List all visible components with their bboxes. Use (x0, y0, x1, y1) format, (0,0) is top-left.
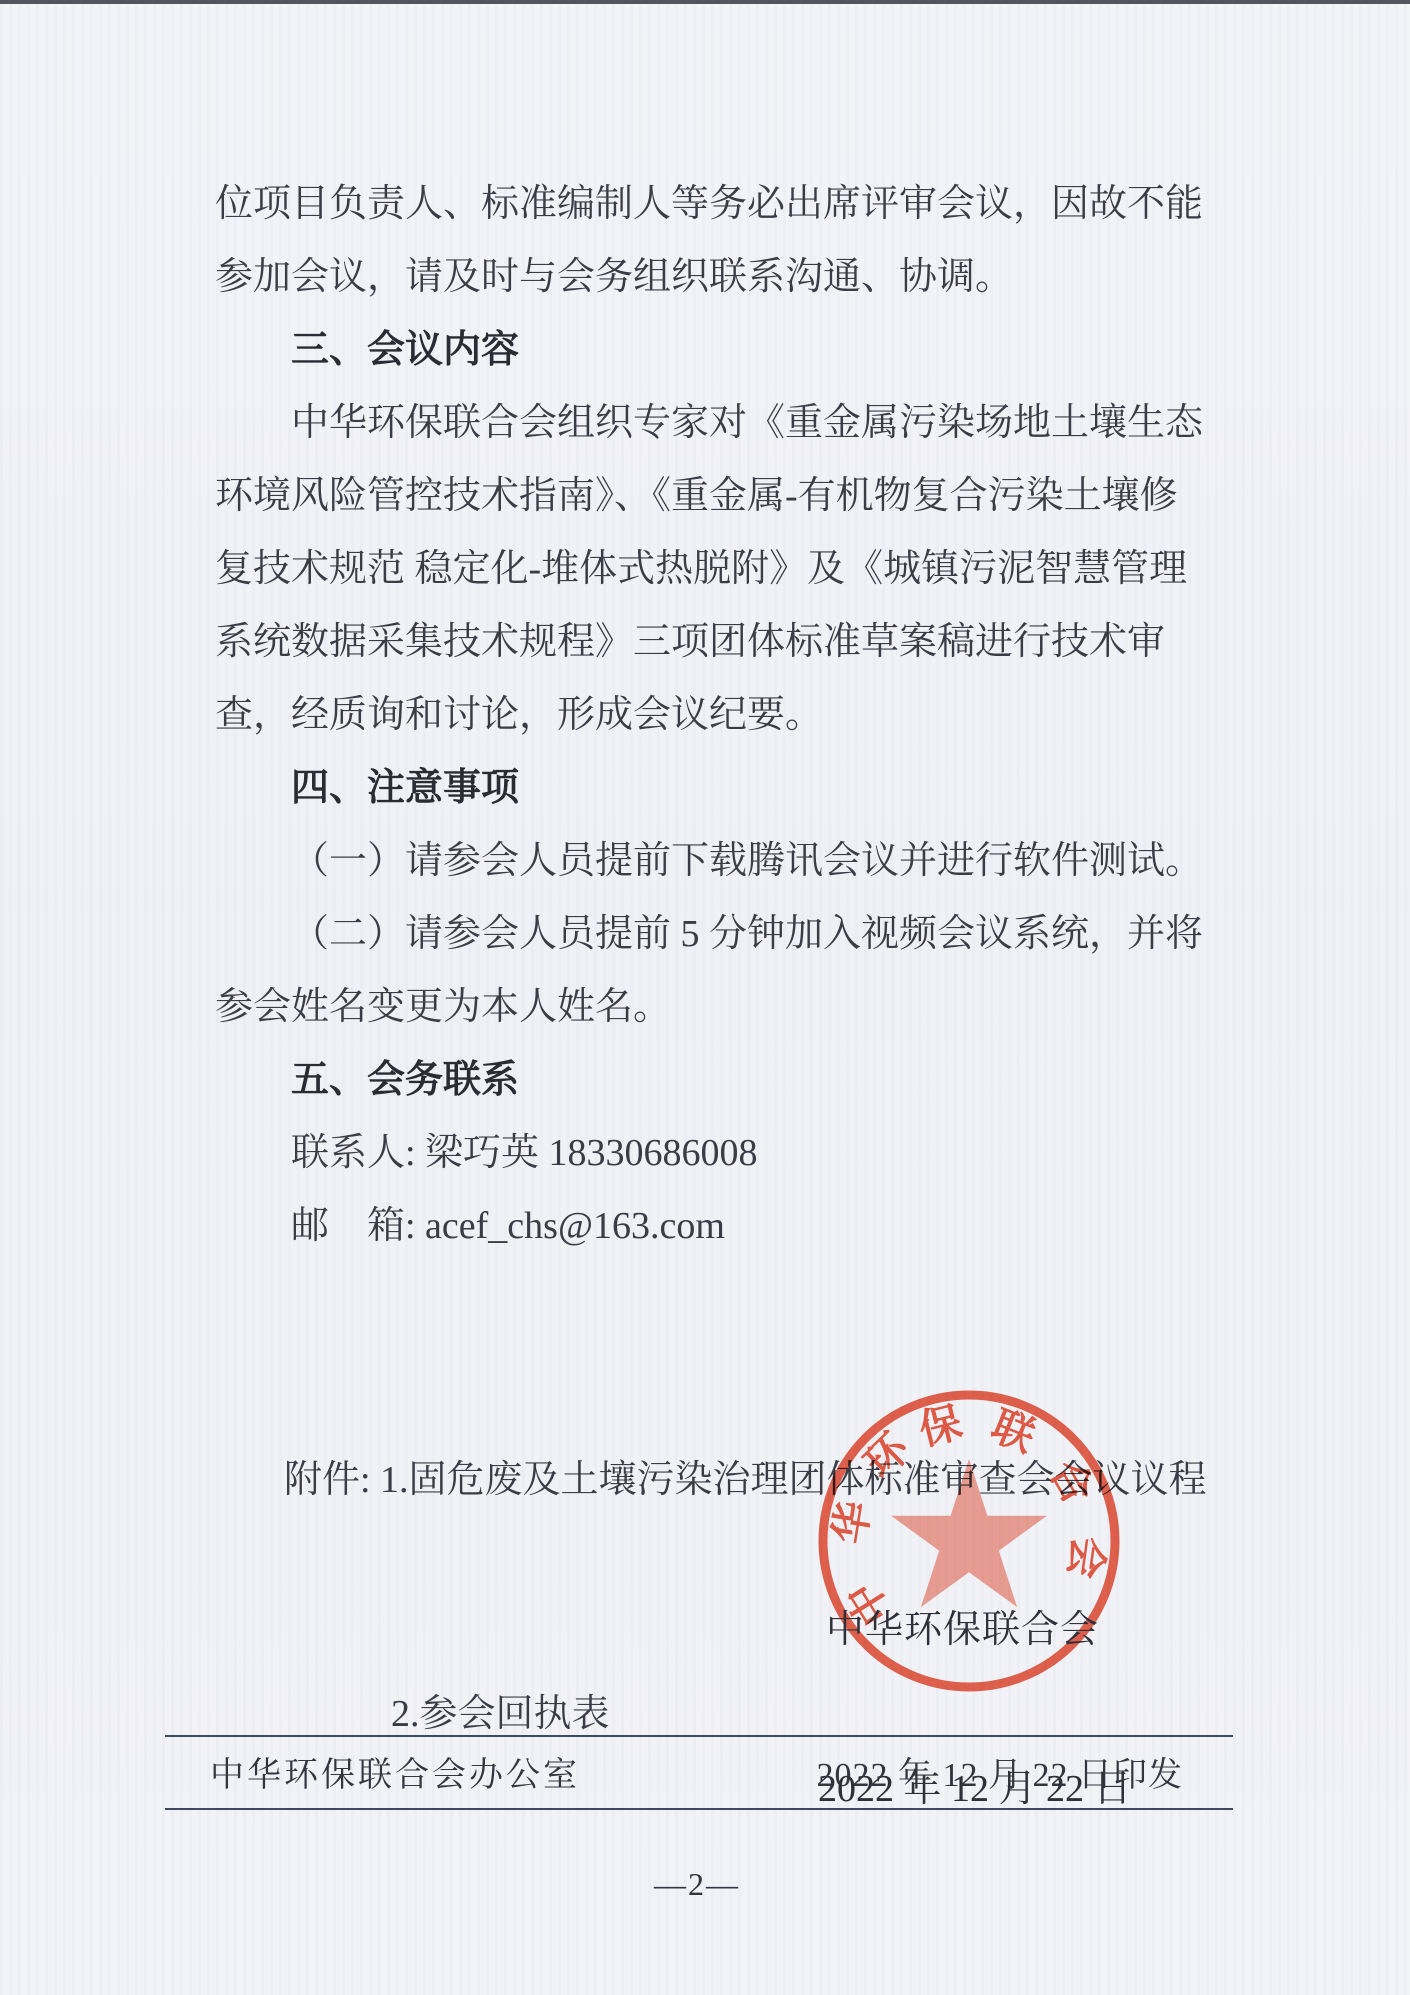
text-line: （一）请参会人员提前下载腾讯会议并进行软件测试。 (215, 825, 1215, 898)
page-number: —2— (0, 1866, 1394, 1903)
text-line: 联系人: 梁巧英 18330686008 (215, 1117, 1215, 1190)
scan-edge-artifact (0, 0, 1410, 4)
text-line: （二）请参会人员提前 5 分钟加入视频会议系统，并将 (215, 898, 1215, 971)
issuing-office: 中华环保联合会办公室 (165, 1747, 580, 1796)
text-line: 位项目负责人、标准编制人等务必出席评审会议，因故不能 (215, 168, 1215, 241)
text-line: 邮 箱: acef_chs@163.com (215, 1190, 1215, 1263)
section-heading: 五、会务联系 (215, 1044, 1215, 1117)
signature-block: 中华环保联合会 2022 年 12 月 22 日 (818, 1498, 1132, 1869)
signature-organization: 中华环保联合会 (818, 1604, 1132, 1657)
text-line: 中华环保联合会组织专家对《重金属污染场地土壤生态 (215, 387, 1215, 460)
section-heading: 三、会议内容 (215, 314, 1215, 387)
text-line: 参加会议，请及时与会务组织联系沟通、协调。 (215, 241, 1215, 314)
document-body: 位项目负责人、标准编制人等务必出席评审会议，因故不能参加会议，请及时与会务组织联… (215, 168, 1215, 1263)
seal-char: 保 (915, 1399, 967, 1455)
text-line: 复技术规范 稳定化-堆体式热脱附》及《城镇污泥智慧管理 (215, 533, 1215, 606)
text-line: 参会姓名变更为本人姓名。 (215, 971, 1215, 1044)
text-line: 查，经质询和讨论，形成会议纪要。 (215, 679, 1215, 752)
text-line: 系统数据采集技术规程》三项团体标准草案稿进行技术审 (215, 606, 1215, 679)
text-line: 环境风险管控技术指南》、《重金属-有机物复合污染土壤修 (215, 460, 1215, 533)
signature-date: 2022 年 12 月 22 日 (818, 1763, 1132, 1816)
section-heading: 四、注意事项 (215, 752, 1215, 825)
